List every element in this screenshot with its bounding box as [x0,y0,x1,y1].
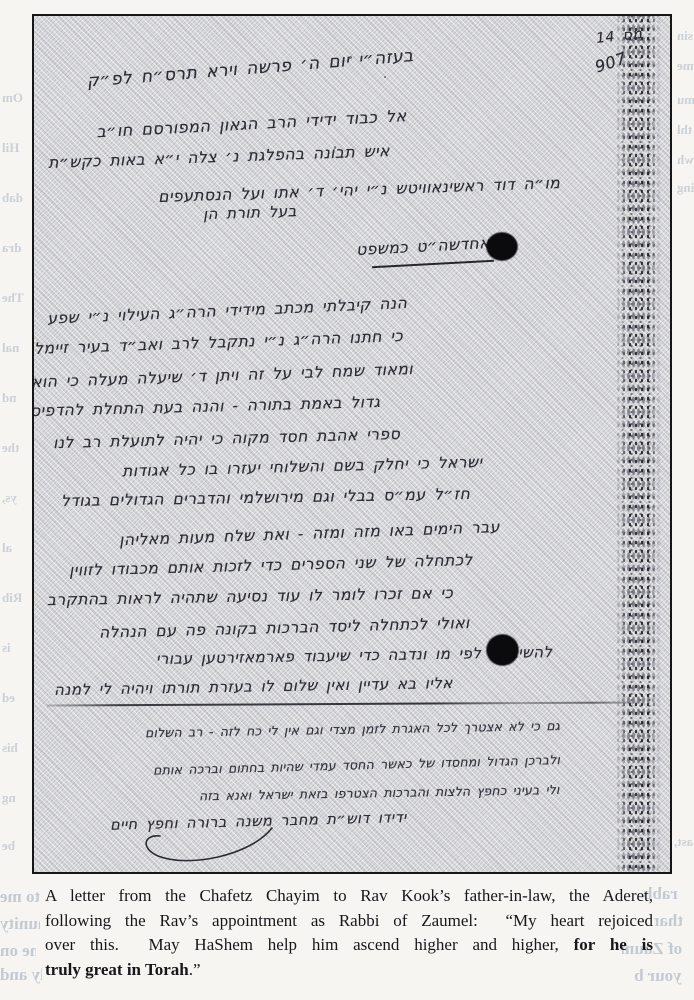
handwriting-line: גם כי לא אצטרך לכל האגרת לזמן מצדי וגם א… [145,718,560,740]
show-through-text: iously and [0,965,42,988]
handwriting-line: ישראל כי יחלק בשם והשלוחי יעזרו בו כל אג… [122,453,483,480]
show-through-text: ys, [2,490,17,506]
show-through-text: munity [0,914,40,937]
caption-line: A letter from the Chafetz Chayim to Rav … [45,884,653,909]
show-through-text: me [677,58,694,74]
show-through-text: Rib [2,590,22,606]
handwriting-line: בעל תורת הן [203,202,297,223]
handwriting-line: ואולי לכתחלה ליסד הברכות בקונה פה עם הנה… [99,614,470,642]
show-through-text: tant to me [0,887,40,910]
show-through-text: mu [677,92,694,108]
handwriting-line: הנה קיבלתי מכתב מידידי הרה״ג העילוי נ״י … [47,294,408,328]
handwriting-line: ולי בעיני כחפץ הלצות והברכות הצטרפו בזאת… [199,782,560,803]
show-through-text: dab [2,190,23,206]
handwriting-line: אל כבוד ידידי הרב הגאון המפורסם חו״ב [96,106,407,141]
handwriting-line: ספרי אהבת חסד מקוה כי יהיה לתועלת רב לנו [53,425,401,452]
handwriting-line: אליו בא עדיין ואין שלום לו בעזרת תורתו ו… [54,674,453,699]
handwriting-line: כי אם זכרו לומר לו עוד נסיעה שתהיה לראות… [47,584,453,609]
caption-text: A letter from the Chafetz Chayim to Rav … [45,884,653,982]
show-through-text: ene on [0,941,36,964]
greeting-underline [372,260,494,268]
show-through-text: than [654,911,694,934]
letter-greeting: אחדשה״ט כמשפט [356,234,491,259]
handwriting-line: לכתחלה של שני הספרים כדי לזכות אותם מכבו… [69,551,473,580]
show-through-text: ed [2,690,15,706]
show-through-text: thl [677,122,692,138]
handwriting-line: ומאוד שמח לבי על זה ויתן ד׳ שיעלה מעלה כ… [32,360,413,391]
show-through-text: Om [2,90,23,106]
show-through-text: ast, [674,834,693,850]
show-through-text: be [2,838,15,854]
show-through-text: nal [2,340,19,356]
handwriting-line: כי חתנו הרה״ג נ״י נתקבל לרב ואב״ד בעיר ז… [34,327,403,358]
letter-date-line: בעזה״י יום ה׳ פרשה וירא תרס״ח לפ״ק [86,46,414,92]
show-through-text: al [2,540,12,556]
letter-scan: מס 14 907 בעזה״י יום ה׳ פרשה וירא תרס״ח … [32,14,672,874]
show-through-text: ing [677,180,694,196]
show-through-text: dra [2,240,22,256]
show-through-text: the [2,440,19,456]
book-page: Om Hil dab dra The nal nd the ys, al Rib… [0,0,694,1000]
show-through-text: is [2,640,11,656]
caption-line: following the Rav’s appointment as Rabbi… [45,909,653,934]
ink-blot [487,635,518,665]
show-through-text: sin [677,28,693,44]
handwriting-line: מו״ה דוד ראשינאוויטש נ״י יהי׳ ד׳ אתו ועל… [158,174,561,206]
show-through-text: his [2,740,18,756]
ink-blot [487,233,517,260]
show-through-text: Hil [2,140,19,156]
show-through-text: ng [2,790,16,806]
show-through-text: The [2,290,24,306]
show-through-text: nd [2,390,16,406]
caption-line: truly great in Torah.” [45,958,653,983]
handwriting-line: גדול באמת בתורה - והנה בעת התחלת להדפיס [32,393,380,420]
handwriting-line: ולברכן הגדול ומחסדו של כאשר החסד עמדי שה… [153,752,560,778]
caption-line: over this. May HaShem help him ascend hi… [45,933,653,958]
binding-noise-band [615,16,661,872]
handwriting-line: עבר הימים באו מזה ומזה - ואת שלח מעות מא… [119,518,500,549]
handwriting-line: איש תבונה בהפלגת נ׳ צלה י״א באות כקש״ת [48,142,390,172]
signature-flourish [130,822,280,866]
show-through-text: wh [677,152,694,168]
ink-speck [384,76,386,78]
handwriting-line: חז״ל עמ״ס בבלי וגם מירושלמי והדברים הגדו… [61,485,471,510]
handwritten-divider-line [47,701,641,706]
